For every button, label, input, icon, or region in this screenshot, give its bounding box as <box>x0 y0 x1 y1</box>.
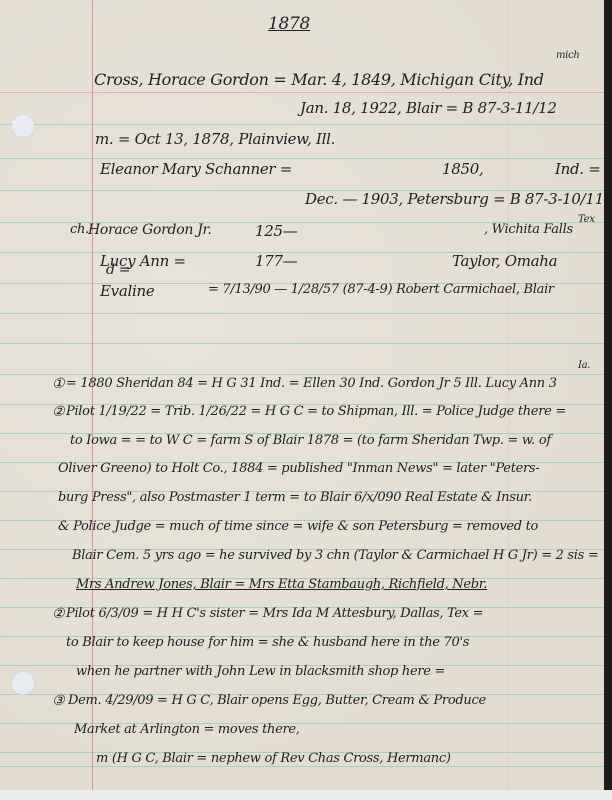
punch-hole-bottom <box>11 671 35 695</box>
note-line: & Police Judge = much of time since = wi… <box>58 519 538 534</box>
note-line: Market at Arlington = moves there, <box>74 722 300 737</box>
marriage-line: m. = Oct 13, 1878, Plainview, Ill. <box>95 130 335 148</box>
child-name: Horace Gordon Jr. <box>88 222 212 238</box>
subject-death-line: Jan. 18, 1922, Blair = B 87-3-11/12 <box>300 99 557 117</box>
children-label: ch. <box>70 222 89 237</box>
child-place: , Wichita Falls <box>484 222 573 237</box>
scan-edge-right <box>604 0 612 800</box>
note-line: Pilot 6/3/09 = H H C's sister = Mrs Ida … <box>66 606 483 621</box>
daughter-name: Evaline <box>100 282 154 300</box>
ruled-line <box>0 374 604 375</box>
ruled-line <box>0 766 604 767</box>
note-line: Dem. 4/29/09 = H G C, Blair opens Egg, B… <box>68 693 486 708</box>
daughter-detail: = 7/13/90 — 1/28/57 (87-4-9) Robert Carm… <box>208 282 554 297</box>
spouse-name: Eleanor Mary Schanner = <box>100 160 292 178</box>
subject-name-line: Cross, Horace Gordon = Mar. 4, 1849, Mic… <box>94 70 544 89</box>
note-line: to Blair to keep house for him = she & h… <box>66 635 469 650</box>
note-marker: ② <box>52 606 64 622</box>
page-title: 1878 <box>268 14 310 34</box>
ruled-line <box>0 124 604 125</box>
note-superscript: Ia. <box>578 360 590 371</box>
punch-hole-top <box>11 114 35 138</box>
child-place-superscript: Tex <box>578 214 595 225</box>
birthplace-superscript: mich <box>556 50 580 61</box>
child-ref: 177— <box>255 252 297 270</box>
child-place: Taylor, Omaha <box>452 252 557 270</box>
note-line: Pilot 1/19/22 = Trib. 1/26/22 = H G C = … <box>66 404 566 419</box>
ruled-line <box>0 313 604 314</box>
note-line: to Iowa = = to W C = farm S of Blair 187… <box>70 433 551 448</box>
note-line: m (H G C, Blair = nephew of Rev Chas Cro… <box>96 751 451 766</box>
note-line: Blair Cem. 5 yrs ago = he survived by 3 … <box>72 548 598 563</box>
note-marker: ① <box>52 376 64 392</box>
ruled-line <box>0 158 604 159</box>
note-marker: ② <box>52 404 64 420</box>
ruled-line <box>0 343 604 344</box>
spouse-birth-year: 1850, <box>442 160 483 178</box>
spouse-death-line: Dec. — 1903, Petersburg = B 87-3-10/11 <box>305 190 604 208</box>
right-margin-line <box>508 0 509 790</box>
note-line: burg Press", also Postmaster 1 term = to… <box>58 490 532 505</box>
note-line: Oliver Greeno) to Holt Co., 1884 = publi… <box>58 461 539 476</box>
note-line: = 1880 Sheridan 84 = H G 31 Ind. = Ellen… <box>66 376 557 391</box>
top-rule <box>0 92 604 93</box>
spouse-birth-state: Ind. = <box>555 160 601 178</box>
note-line: Mrs Andrew Jones, Blair = Mrs Etta Stamb… <box>76 577 487 592</box>
scan-edge-bottom <box>0 790 612 800</box>
notebook-page: 1878 mich Cross, Horace Gordon = Mar. 4,… <box>0 0 604 790</box>
note-marker: ③ <box>52 693 64 709</box>
note-line: when he partner with John Lew in blacksm… <box>76 664 445 679</box>
child-ref: 125— <box>255 222 297 240</box>
daughter-label: d = <box>106 262 130 278</box>
